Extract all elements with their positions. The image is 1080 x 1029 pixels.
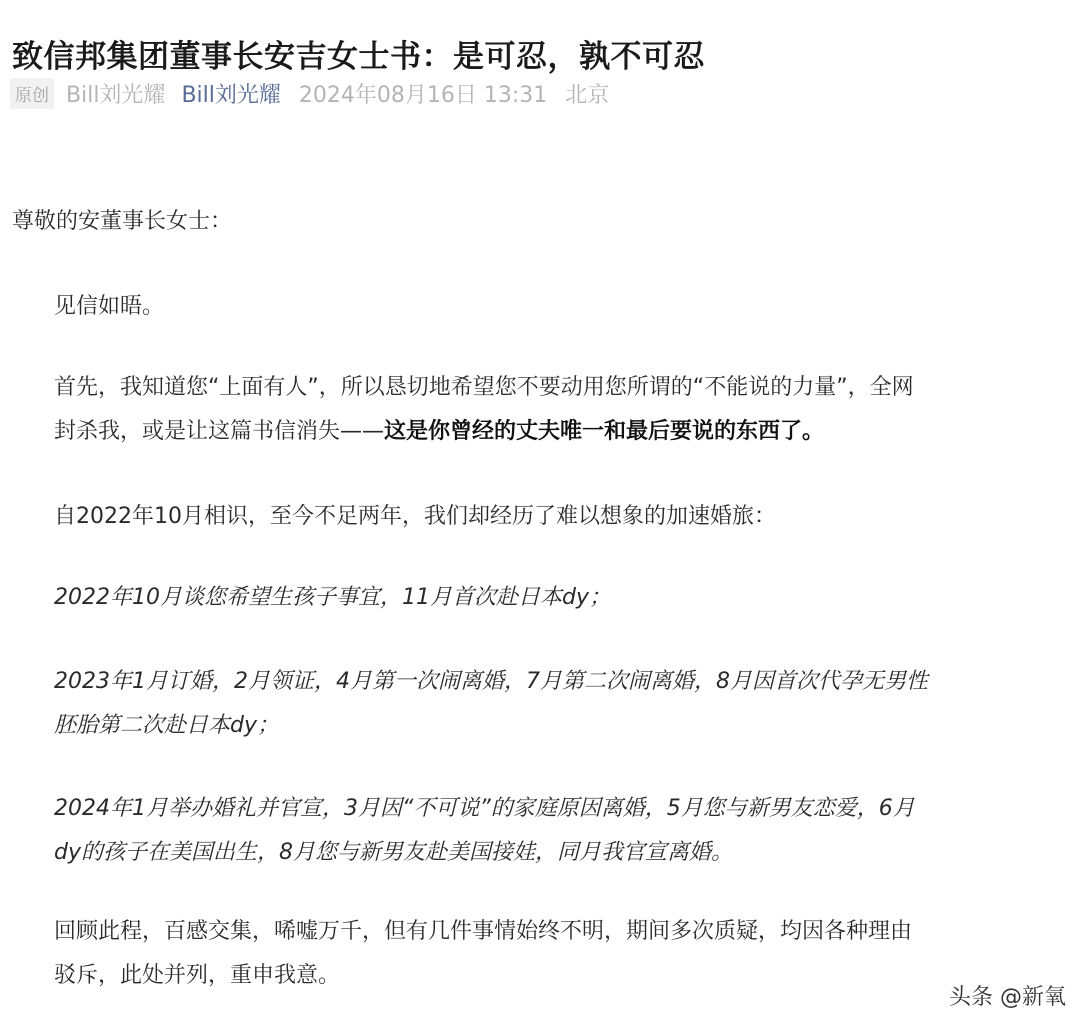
paragraph-line: 回顾此程，百感交集，唏嘘万千，但有几件事情始终不明，期间多次质疑，均因各种理由 <box>54 910 912 954</box>
greeting: 尊敬的安董事长女士： <box>12 200 232 244</box>
paragraph-request: 首先，我知道您“上面有人”，所以恳切地希望您不要动用您所谓的“不能说的力量”，全… <box>54 366 914 454</box>
account-name-link[interactable]: Bill刘光耀 <box>181 78 280 109</box>
timeline-2024: 2024年1月举办婚礼并官宣，3月因“不可说”的家庭原因离婚，5月您与新男友恋爱… <box>54 787 915 875</box>
paragraph-line: 2023年1月订婚，2月领证，4月第一次闹离婚，7月第二次闹离婚，8月因首次代孕… <box>54 660 928 704</box>
paragraph-line: 2024年1月举办婚礼并官宣，3月因“不可说”的家庭原因离婚，5月您与新男友恋爱… <box>54 787 915 831</box>
paragraph-intro-timeline: 自2022年10月相识，至今不足两年，我们却经历了难以想象的加速婚旅： <box>54 495 776 539</box>
paragraph-line: 封杀我，或是让这篇书信消失——这是你曾经的丈夫唯一和最后要说的东西了。 <box>54 410 914 454</box>
source-watermark: 头条 @新氧 <box>949 980 1066 1011</box>
publish-datetime: 2024年08月16日 13:31 <box>299 78 547 109</box>
timeline-2023: 2023年1月订婚，2月领证，4月第一次闹离婚，7月第二次闹离婚，8月因首次代孕… <box>54 660 928 748</box>
original-badge: 原创 <box>10 78 54 109</box>
article-title: 致信邦集团董事长安吉女士书：是可忍，孰不可忍 <box>12 31 705 76</box>
author-name: Bill刘光耀 <box>66 78 165 109</box>
paragraph-opening: 见信如晤。 <box>54 285 164 329</box>
paragraph-line: 驳斥，此处并列，重申我意。 <box>54 954 912 998</box>
timeline-2022: 2022年10月谈您希望生孩子事宜，11月首次赴日本dy； <box>54 576 611 620</box>
text-bold-emphasis: 这是你曾经的丈夫唯一和最后要说的东西了。 <box>384 419 824 444</box>
paragraph-reflection: 回顾此程，百感交集，唏嘘万千，但有几件事情始终不明，期间多次质疑，均因各种理由 … <box>54 910 912 998</box>
article-meta: 原创 Bill刘光耀 Bill刘光耀 2024年08月16日 13:31 北京 <box>10 78 609 108</box>
paragraph-line: dy的孩子在美国出生，8月您与新男友赴美国接娃，同月我官宣离婚。 <box>54 831 915 875</box>
paragraph-line: 首先，我知道您“上面有人”，所以恳切地希望您不要动用您所谓的“不能说的力量”，全… <box>54 366 914 410</box>
publish-location: 北京 <box>565 78 609 109</box>
text-normal: 封杀我，或是让这篇书信消失—— <box>54 419 384 444</box>
paragraph-line: 胚胎第二次赴日本dy； <box>54 704 928 748</box>
